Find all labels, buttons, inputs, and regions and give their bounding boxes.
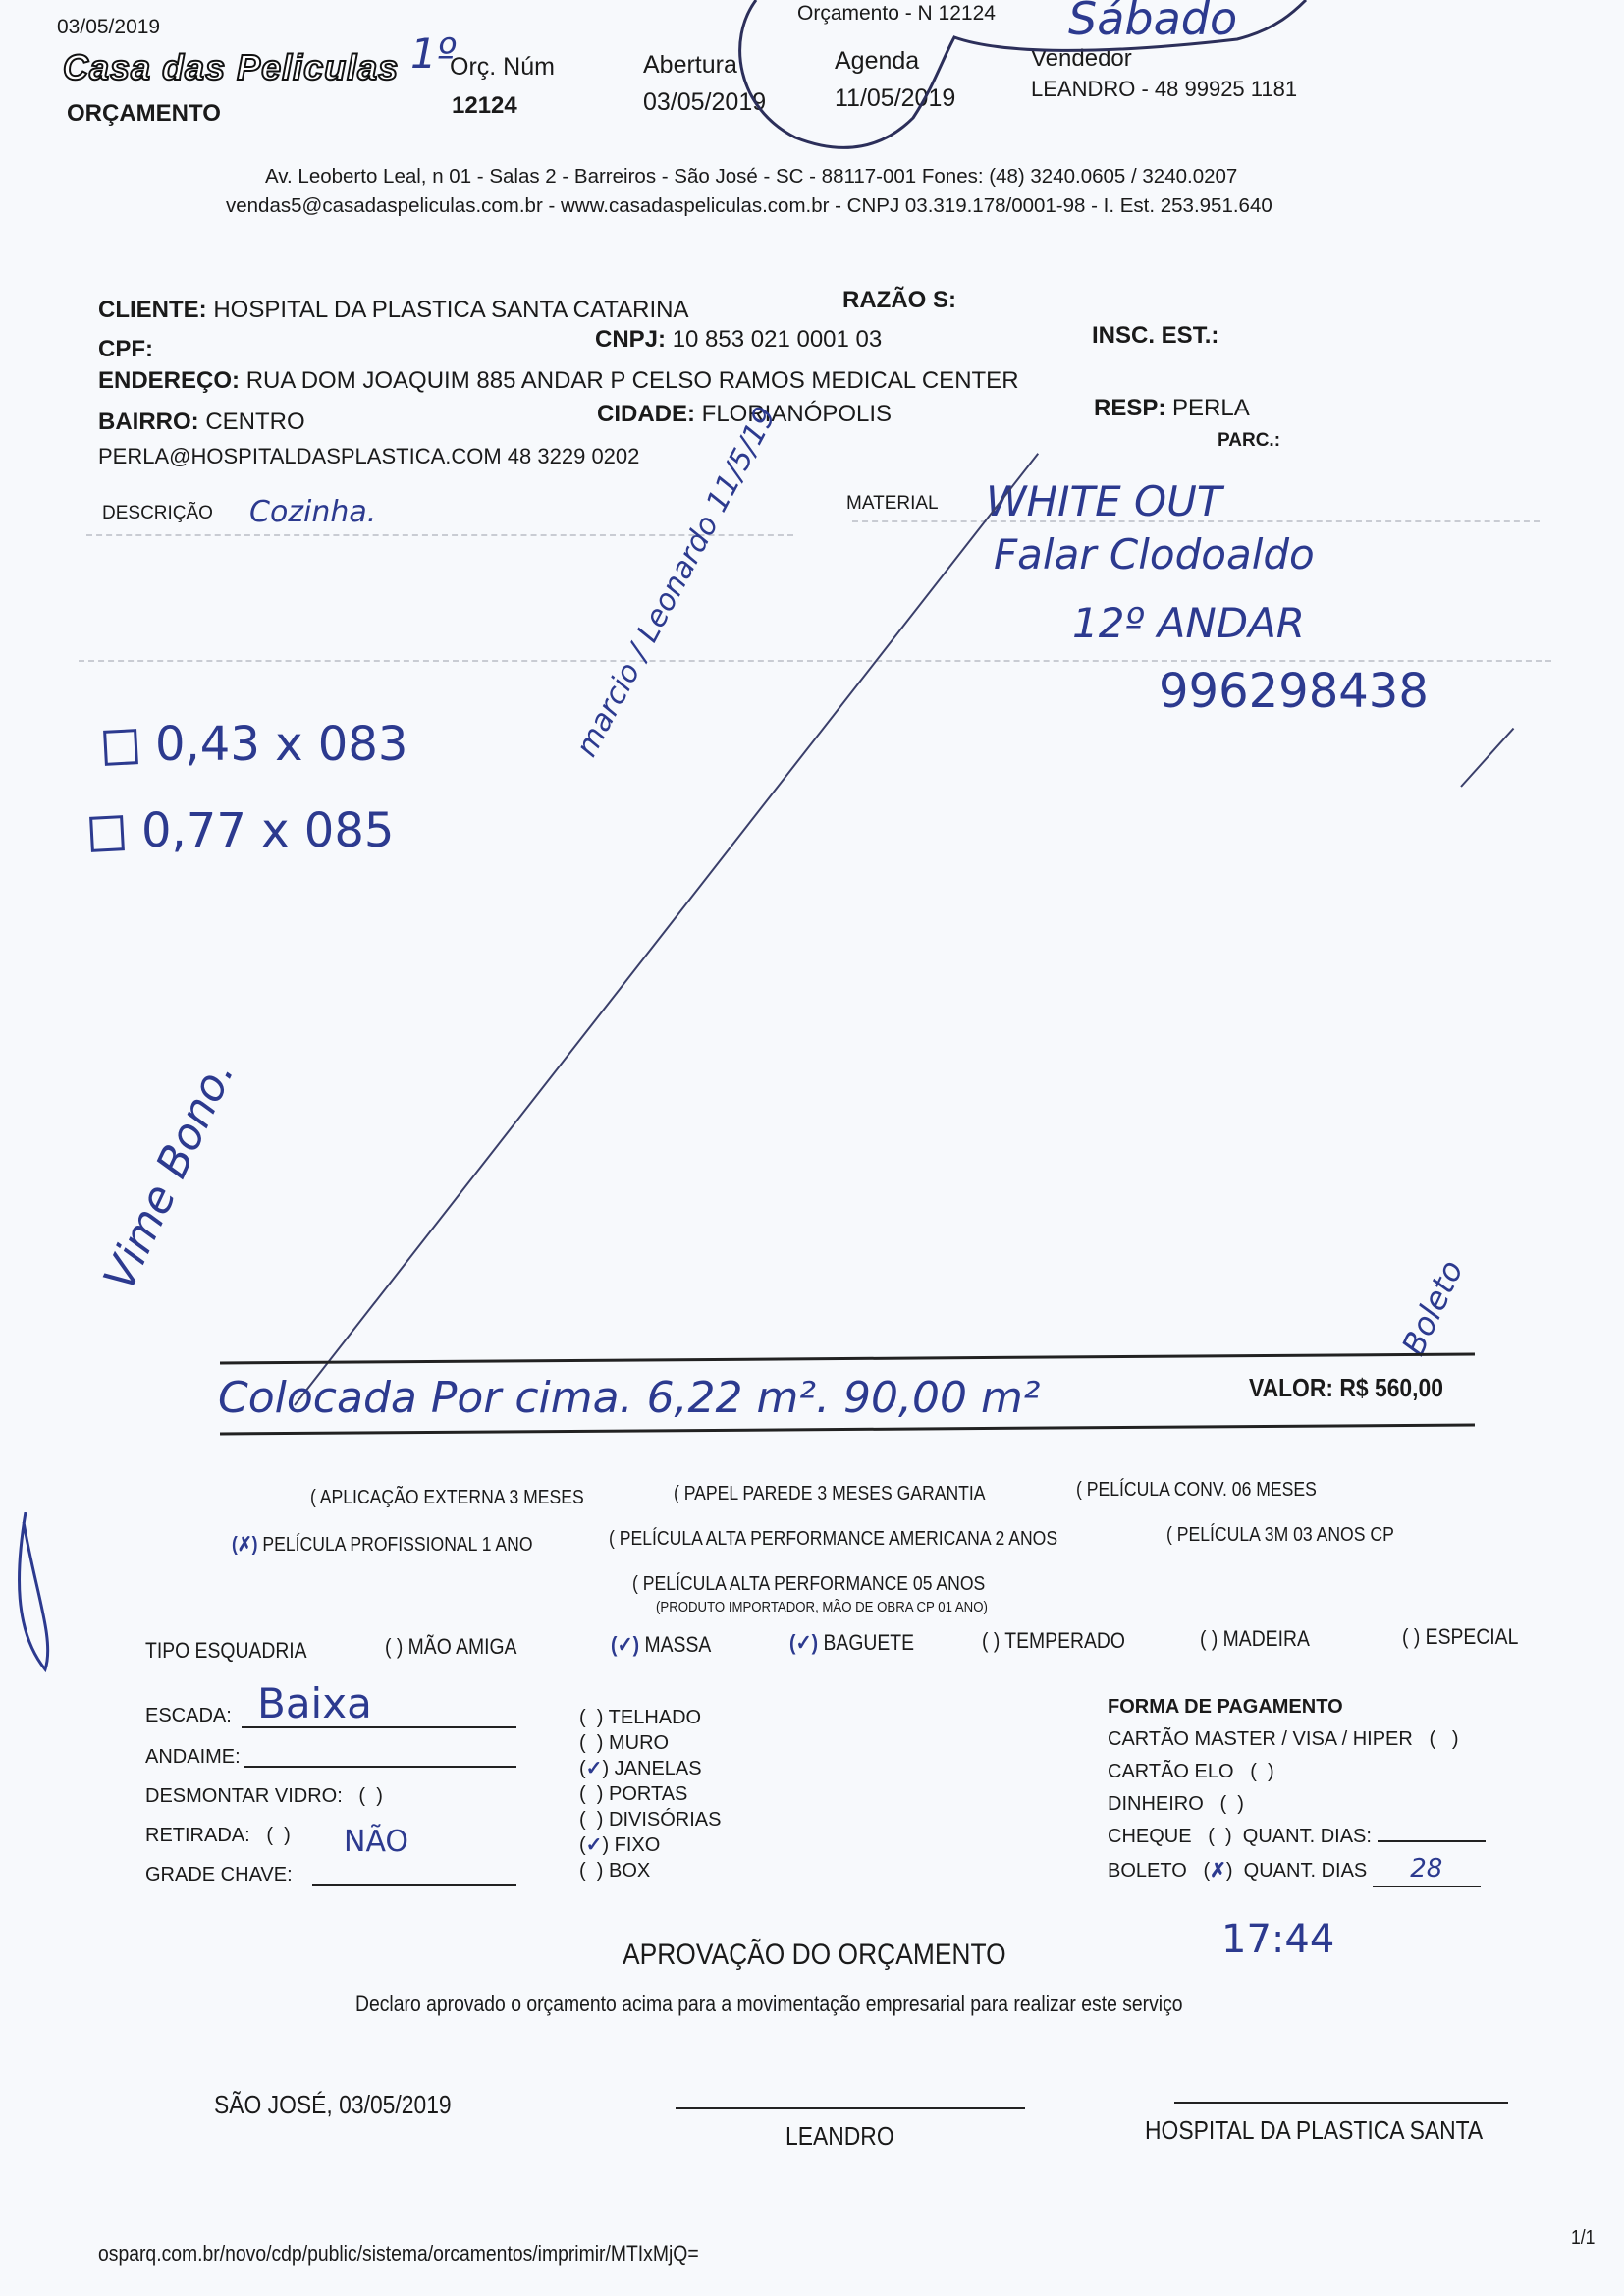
- material-line-2: Falar Clodoaldo: [994, 530, 1315, 578]
- valor-field: VALOR: R$ 560,00: [1249, 1373, 1443, 1403]
- endereco-label: ENDEREÇO:: [98, 367, 240, 394]
- measure-row-1: 0,43 x 083: [104, 717, 407, 772]
- email-phone: PERLA@HOSPITALDASPLASTICA.COM 48 3229 02…: [98, 444, 639, 469]
- handwritten-circle: [687, 0, 1316, 157]
- check-mark-icon: (✓): [789, 1630, 818, 1655]
- location-option-checked[interactable]: (✓) FIXO: [579, 1832, 721, 1858]
- warranty-option[interactable]: ( PELÍCULA ALTA PERFORMANCE 05 ANOS: [632, 1573, 985, 1596]
- escada-value: Baixa: [257, 1679, 372, 1727]
- insc-est-label: INSC. EST.:: [1092, 322, 1218, 350]
- cliente-label: CLIENTE:: [98, 297, 207, 323]
- payment-title: FORMA DE PAGAMENTO: [1108, 1691, 1486, 1723]
- approval-title: APROVAÇÃO DO ORÇAMENTO: [623, 1939, 1006, 1972]
- checkbox-icon: [89, 815, 125, 852]
- boleto-days: 28: [1373, 1853, 1481, 1887]
- cidade-label: CIDADE:: [597, 401, 695, 427]
- cliente-value: HOSPITAL DA PLASTICA SANTA CATARINA: [213, 297, 688, 323]
- esquadria-option-checked[interactable]: (✓) BAGUETE: [789, 1630, 914, 1656]
- location-option[interactable]: ( ) DIVISÓRIAS: [579, 1807, 721, 1832]
- boleto-note: Boleto: [1394, 1254, 1471, 1361]
- escada-label: ESCADA:: [145, 1705, 232, 1727]
- tick-mark: [1460, 728, 1514, 788]
- client-signature-name: HOSPITAL DA PLASTICA SANTA: [1145, 2115, 1483, 2146]
- esquadria-option[interactable]: ( ) ESPECIAL: [1402, 1624, 1518, 1650]
- check-mark-icon: ✓: [586, 1758, 603, 1779]
- cnpj-label: CNPJ:: [595, 326, 666, 353]
- resp-value: PERLA: [1172, 395, 1250, 421]
- warranty-option[interactable]: ( PAPEL PAREDE 3 MESES GARANTIA: [674, 1483, 986, 1505]
- total-bottom-rule: [220, 1424, 1475, 1436]
- print-date: 03/05/2019: [57, 16, 160, 39]
- orc-num-value: 12124: [452, 92, 517, 120]
- cnpj-value: 10 853 021 0001 03: [673, 326, 883, 353]
- esquadria-label: TIPO ESQUADRIA: [145, 1638, 307, 1664]
- payment-cheque[interactable]: CHEQUE ( ) QUANT. DIAS:: [1108, 1821, 1486, 1853]
- checkbox-icon: [103, 729, 138, 766]
- location-option[interactable]: ( ) MURO: [579, 1730, 721, 1756]
- location-option[interactable]: ( ) TELHADO: [579, 1705, 721, 1730]
- esquadria-option[interactable]: ( ) MÃO AMIGA: [385, 1634, 516, 1660]
- seller-signature-name: LEANDRO: [785, 2121, 894, 2152]
- cnpj-field: CNPJ: 10 853 021 0001 03: [595, 326, 882, 354]
- warranty-option[interactable]: ( PELÍCULA CONV. 06 MESES: [1076, 1479, 1317, 1502]
- payment-dinheiro[interactable]: DINHEIRO ( ): [1108, 1788, 1486, 1821]
- check-mark-icon: ✓: [586, 1834, 603, 1856]
- retirada-note: NÃO: [344, 1825, 408, 1859]
- warranty-option-checked[interactable]: (✗) PELÍCULA PROFISSIONAL 1 ANO: [232, 1532, 533, 1557]
- side-note: Vime Bono.: [94, 1052, 244, 1297]
- doc-type: ORÇAMENTO: [67, 100, 221, 128]
- mid-divider: [79, 660, 1551, 662]
- bairro-value: CENTRO: [205, 409, 304, 435]
- measure-row-2: 0,77 x 085: [90, 803, 394, 858]
- cidade-value: FLORIANÓPOLIS: [702, 401, 892, 427]
- warranty-option[interactable]: ( PELÍCULA ALTA PERFORMANCE AMERICANA 2 …: [609, 1528, 1057, 1551]
- seller-signature-line[interactable]: [676, 2107, 1025, 2109]
- esquadria-option[interactable]: ( ) TEMPERADO: [982, 1628, 1125, 1654]
- retirada-field[interactable]: RETIRADA: ( ): [145, 1825, 291, 1847]
- footer-url[interactable]: osparq.com.br/novo/cdp/public/sistema/or…: [98, 2241, 699, 2267]
- esquadria-option-checked[interactable]: (✓) MASSA: [611, 1632, 711, 1658]
- material-label: MATERIAL: [846, 493, 939, 515]
- approval-statement: Declaro aprovado o orçamento acima para …: [355, 1992, 1183, 2017]
- location-option[interactable]: ( ) PORTAS: [579, 1781, 721, 1807]
- check-mark-icon: ✗: [1210, 1860, 1226, 1882]
- material-line-3: 12º ANDAR: [1072, 599, 1305, 647]
- footer-page: 1/1: [1571, 2227, 1595, 2250]
- material-line-1: WHITE OUT: [986, 477, 1222, 525]
- esquadria-option[interactable]: ( ) MADEIRA: [1200, 1626, 1310, 1652]
- descricao-label: DESCRIÇÃO: [102, 503, 213, 524]
- grade-label: GRADE CHAVE:: [145, 1864, 293, 1886]
- warranty-option[interactable]: ( APLICAÇÃO EXTERNA 3 MESES: [310, 1487, 584, 1509]
- payment-cartao-elo[interactable]: CARTÃO ELO ( ): [1108, 1756, 1486, 1788]
- warranty-option[interactable]: ( PELÍCULA 3M 03 ANOS CP: [1166, 1524, 1394, 1547]
- cpf-label: CPF:: [98, 336, 153, 363]
- bairro-label: BAIRRO:: [98, 409, 199, 435]
- endereco-value: RUA DOM JOAQUIM 885 ANDAR P CELSO RAMOS …: [246, 367, 1019, 394]
- total-top-rule: [220, 1353, 1475, 1365]
- bairro-field: BAIRRO: CENTRO: [98, 409, 305, 436]
- andaime-label: ANDAIME:: [145, 1746, 241, 1769]
- cliente-field: CLIENTE: HOSPITAL DA PLASTICA SANTA CATA…: [98, 297, 688, 324]
- check-mark-icon: (✗): [232, 1534, 257, 1556]
- check-mark-icon: (✓): [611, 1632, 639, 1657]
- location-option[interactable]: ( ) BOX: [579, 1858, 721, 1884]
- desmontar-field[interactable]: DESMONTAR VIDRO: ( ): [145, 1785, 383, 1808]
- resp-field: RESP: PERLA: [1094, 395, 1250, 422]
- razao-label: RAZÃO S:: [842, 287, 956, 314]
- valor-label: VALOR:: [1249, 1373, 1333, 1402]
- descricao-value: Cozinha.: [249, 495, 376, 529]
- andaime-field[interactable]: [244, 1766, 516, 1768]
- material-line-4: 996298438: [1159, 664, 1429, 719]
- margin-scribble: [6, 1512, 65, 1679]
- location-option-checked[interactable]: (✓) JANELAS: [579, 1756, 721, 1781]
- parc-label: PARC.:: [1218, 430, 1280, 452]
- approval-place-date: SÃO JOSÉ, 03/05/2019: [214, 2090, 452, 2120]
- client-signature-line[interactable]: [1174, 2102, 1508, 2104]
- orc-num-label: Orç. Núm: [450, 53, 555, 82]
- endereco-field: ENDEREÇO: RUA DOM JOAQUIM 885 ANDAR P CE…: [98, 367, 1019, 395]
- location-list: ( ) TELHADO ( ) MURO (✓) JANELAS ( ) POR…: [579, 1705, 721, 1884]
- brand-logo: Casa das Peliculas: [63, 47, 399, 88]
- total-handwritten: Colocada Por cima. 6,22 m². 90,00 m²: [218, 1373, 1040, 1423]
- time-note: 17:44: [1221, 1917, 1334, 1962]
- resp-label: RESP:: [1094, 395, 1165, 421]
- valor-value: R$ 560,00: [1339, 1373, 1443, 1402]
- payment-cartao-master[interactable]: CARTÃO MASTER / VISA / HIPER ( ): [1108, 1723, 1486, 1756]
- payment-section: FORMA DE PAGAMENTO CARTÃO MASTER / VISA …: [1108, 1691, 1486, 1887]
- payment-boleto[interactable]: BOLETO (✗) QUANT. DIAS 28: [1108, 1853, 1486, 1887]
- warranty-note: (PRODUTO IMPORTADOR, MÃO DE OBRA CP 01 A…: [656, 1599, 988, 1615]
- grade-field[interactable]: [312, 1884, 516, 1886]
- company-contact: vendas5@casadaspeliculas.com.br - www.ca…: [226, 194, 1272, 218]
- company-address: Av. Leoberto Leal, n 01 - Salas 2 - Barr…: [265, 165, 1237, 189]
